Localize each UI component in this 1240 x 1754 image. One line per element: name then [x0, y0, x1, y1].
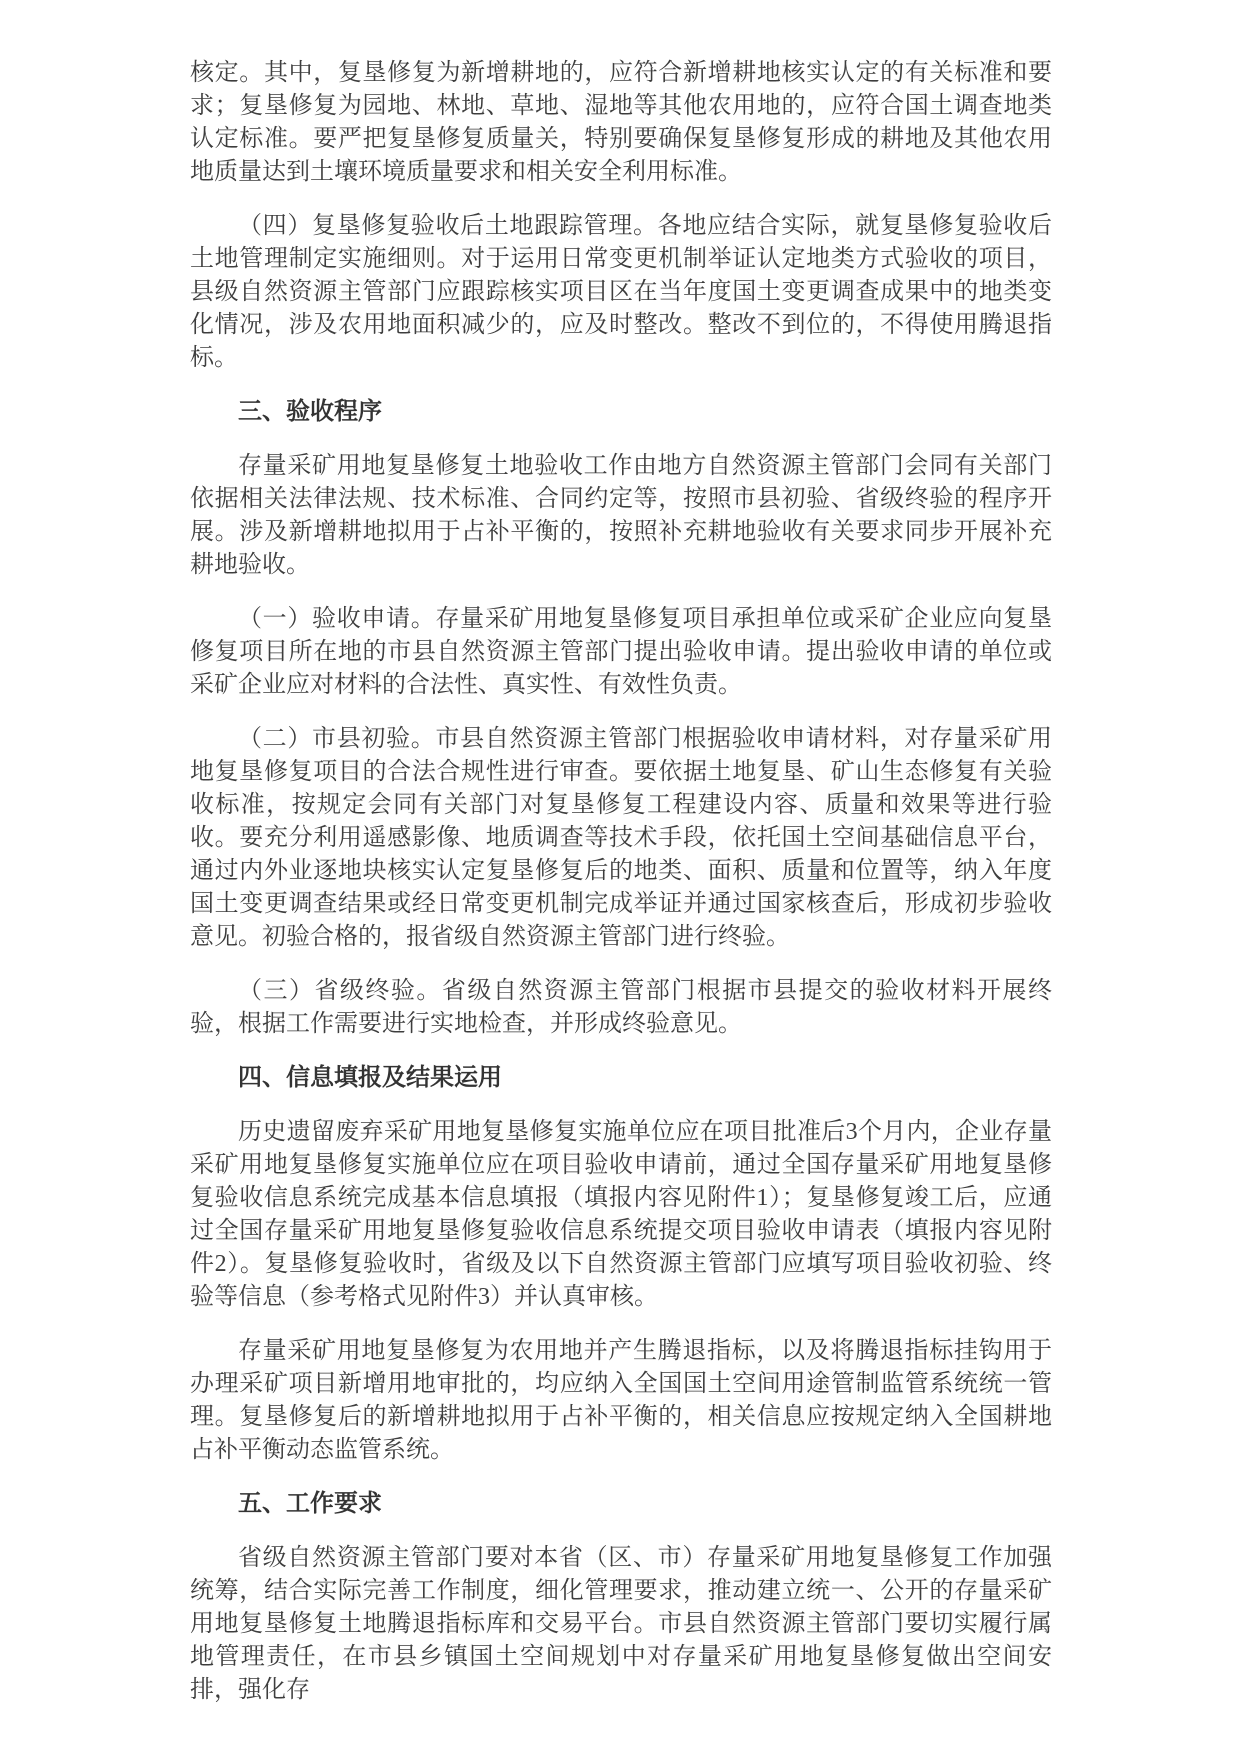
paragraph: 存量采矿用地复垦修复为农用地并产生腾退指标，以及将腾退指标挂钩用于办理采矿项目新…	[190, 1335, 1052, 1467]
section-heading: 五、工作要求	[190, 1488, 1052, 1521]
document-page: 核定。其中，复垦修复为新增耕地的，应符合新增耕地核实认定的有关标准和要求；复垦修…	[0, 0, 1240, 1754]
paragraph: 省级自然资源主管部门要对本省（区、市）存量采矿用地复垦修复工作加强统筹，结合实际…	[190, 1542, 1052, 1707]
document-body: 核定。其中，复垦修复为新增耕地的，应符合新增耕地核实认定的有关标准和要求；复垦修…	[190, 57, 1052, 1707]
paragraph: 存量采矿用地复垦修复土地验收工作由地方自然资源主管部门会同有关部门依据相关法律法…	[190, 450, 1052, 582]
paragraph: 核定。其中，复垦修复为新增耕地的，应符合新增耕地核实认定的有关标准和要求；复垦修…	[190, 57, 1052, 189]
section-heading: 三、验收程序	[190, 396, 1052, 429]
paragraph: （一）验收申请。存量采矿用地复垦修复项目承担单位或采矿企业应向复垦修复项目所在地…	[190, 603, 1052, 702]
section-heading: 四、信息填报及结果运用	[190, 1062, 1052, 1095]
paragraph: （四）复垦修复验收后土地跟踪管理。各地应结合实际，就复垦修复验收后土地管理制定实…	[190, 210, 1052, 375]
paragraph: （二）市县初验。市县自然资源主管部门根据验收申请材料，对存量采矿用地复垦修复项目…	[190, 723, 1052, 954]
paragraph: （三）省级终验。省级自然资源主管部门根据市县提交的验收材料开展终验，根据工作需要…	[190, 975, 1052, 1041]
paragraph: 历史遗留废弃采矿用地复垦修复实施单位应在项目批准后3个月内，企业存量采矿用地复垦…	[190, 1116, 1052, 1314]
